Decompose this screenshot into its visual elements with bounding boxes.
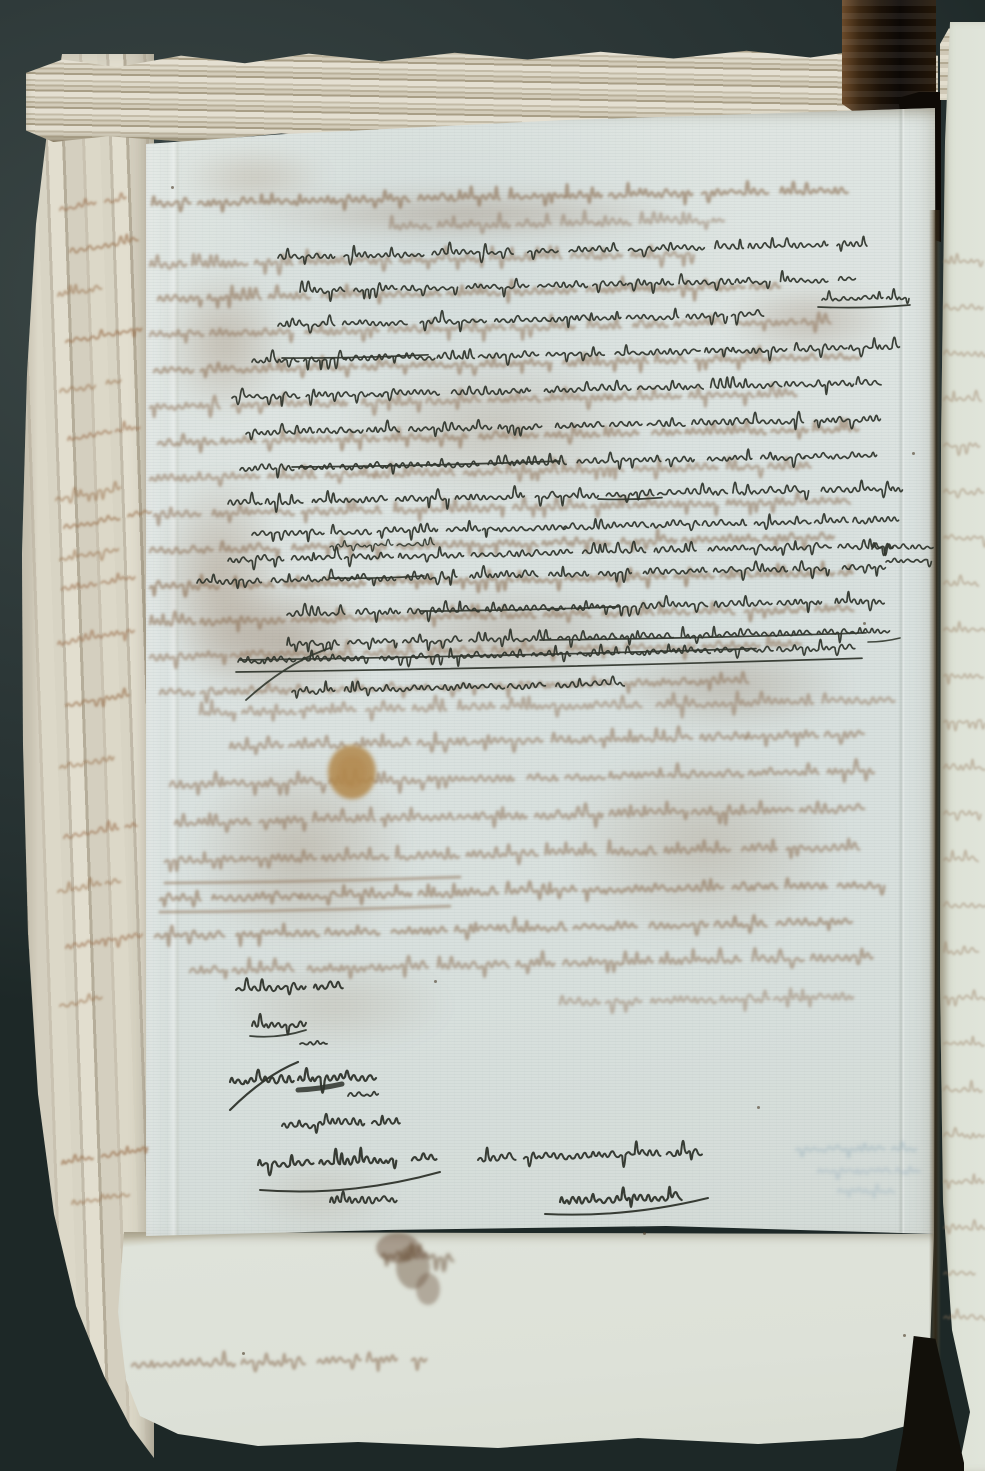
left-crease	[168, 108, 180, 1236]
right-crease	[898, 108, 905, 1236]
laid-paper-texture	[146, 108, 936, 1236]
right-page-sliver	[940, 22, 985, 1471]
gutter-shadow	[929, 210, 941, 1440]
manuscript-leaf	[146, 108, 936, 1236]
lower-blank-leaf	[118, 1232, 934, 1456]
archival-photo-scene	[0, 0, 985, 1471]
